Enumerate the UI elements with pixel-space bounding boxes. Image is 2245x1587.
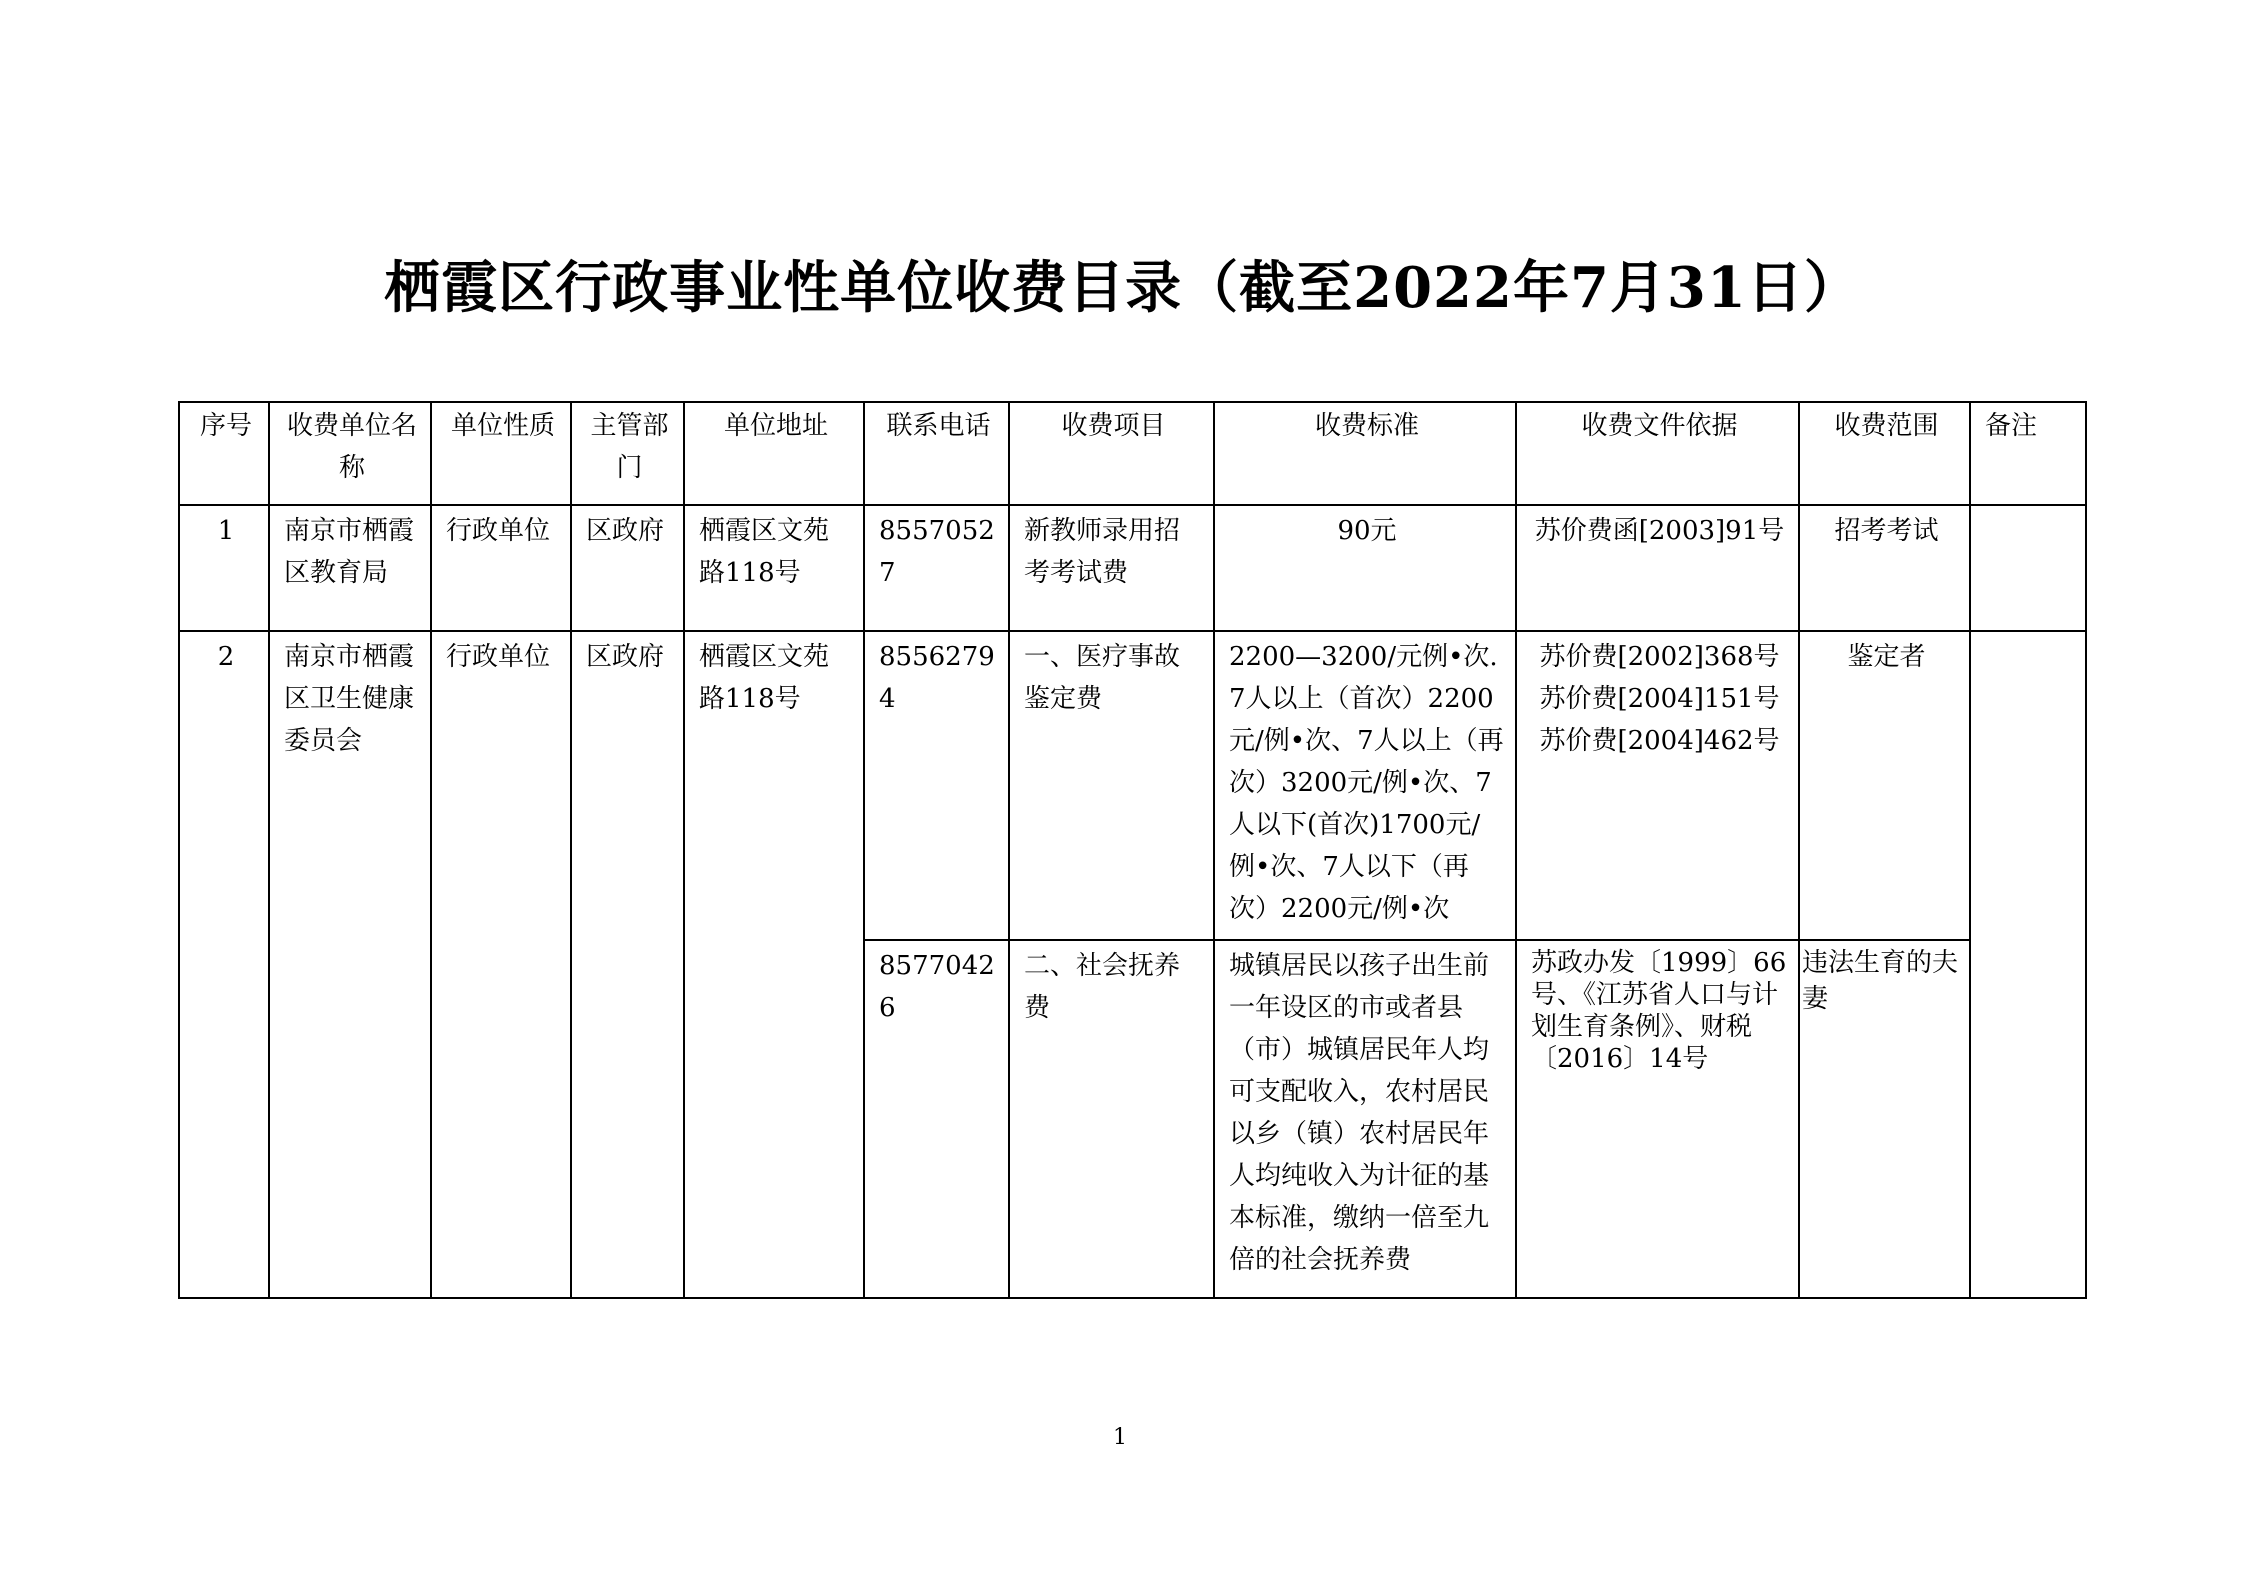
cell-unit-type: 行政单位 bbox=[431, 631, 571, 1298]
table-row: 2 南京市栖霞区卫生健康委员会 行政单位 区政府 栖霞区文苑路118号 8556… bbox=[179, 631, 2086, 940]
cell-unit-name: 南京市栖霞区卫生健康委员会 bbox=[269, 631, 431, 1298]
table-row: 1 南京市栖霞区教育局 行政单位 区政府 栖霞区文苑路118号 85570527… bbox=[179, 505, 2086, 631]
cell-unit-type: 行政单位 bbox=[431, 505, 571, 631]
header-fee-item: 收费项目 bbox=[1009, 402, 1214, 505]
document-title: 栖霞区行政事业性单位收费目录（截至2022年7月31日） bbox=[0, 244, 2245, 324]
header-phone: 联系电话 bbox=[864, 402, 1009, 505]
cell-fee-item: 一、医疗事故鉴定费 bbox=[1009, 631, 1214, 940]
header-address: 单位地址 bbox=[684, 402, 864, 505]
cell-standard: 90元 bbox=[1214, 505, 1516, 631]
header-scope: 收费范围 bbox=[1799, 402, 1970, 505]
cell-basis: 苏价费函[2003]91号 bbox=[1516, 505, 1799, 631]
cell-address: 栖霞区文苑路118号 bbox=[684, 505, 864, 631]
cell-fee-item: 新教师录用招考考试费 bbox=[1009, 505, 1214, 631]
cell-department: 区政府 bbox=[571, 505, 684, 631]
basis-line: 苏价费[2004]462号 bbox=[1531, 720, 1788, 762]
fee-catalog-table: 序号 收费单位名称 单位性质 主管部门 单位地址 联系电话 收费项目 收费标准 … bbox=[178, 401, 2087, 1299]
header-standard: 收费标准 bbox=[1214, 402, 1516, 505]
cell-phone: 85562794 bbox=[864, 631, 1009, 940]
cell-department: 区政府 bbox=[571, 631, 684, 1298]
cell-standard: 2200—3200/元例•次. 7人以上（首次）2200元/例•次、7人以上（再… bbox=[1214, 631, 1516, 940]
page-number: 1 bbox=[1100, 1425, 1140, 1450]
cell-phone: 85770426 bbox=[864, 940, 1009, 1298]
header-index: 序号 bbox=[179, 402, 269, 505]
cell-remarks bbox=[1970, 631, 2086, 1298]
cell-scope: 招考考试 bbox=[1799, 505, 1970, 631]
basis-line: 苏价费[2002]368号 bbox=[1531, 636, 1788, 678]
cell-phone: 85570527 bbox=[864, 505, 1009, 631]
cell-remarks bbox=[1970, 505, 2086, 631]
header-remarks: 备注 bbox=[1970, 402, 2086, 505]
cell-standard: 城镇居民以孩子出生前一年设区的市或者县（市）城镇居民年人均可支配收入，农村居民以… bbox=[1214, 940, 1516, 1298]
cell-unit-name: 南京市栖霞区教育局 bbox=[269, 505, 431, 631]
basis-line: 苏价费[2004]151号 bbox=[1531, 678, 1788, 720]
header-unit-type: 单位性质 bbox=[431, 402, 571, 505]
cell-basis: 苏价费[2002]368号 苏价费[2004]151号 苏价费[2004]462… bbox=[1516, 631, 1799, 940]
cell-scope: 鉴定者 bbox=[1799, 631, 1970, 940]
cell-index: 2 bbox=[179, 631, 269, 1298]
cell-index: 1 bbox=[179, 505, 269, 631]
cell-basis: 苏政办发〔1999〕66号、《江苏省人口与计划生育条例》、财税〔2016〕14号 bbox=[1516, 940, 1799, 1298]
cell-scope: 违法生育的夫妻 bbox=[1799, 940, 1970, 1298]
cell-fee-item: 二、社会抚养费 bbox=[1009, 940, 1214, 1298]
header-department: 主管部门 bbox=[571, 402, 684, 505]
header-unit-name: 收费单位名称 bbox=[269, 402, 431, 505]
header-basis: 收费文件依据 bbox=[1516, 402, 1799, 505]
table-header-row: 序号 收费单位名称 单位性质 主管部门 单位地址 联系电话 收费项目 收费标准 … bbox=[179, 402, 2086, 505]
cell-address: 栖霞区文苑路118号 bbox=[684, 631, 864, 1298]
